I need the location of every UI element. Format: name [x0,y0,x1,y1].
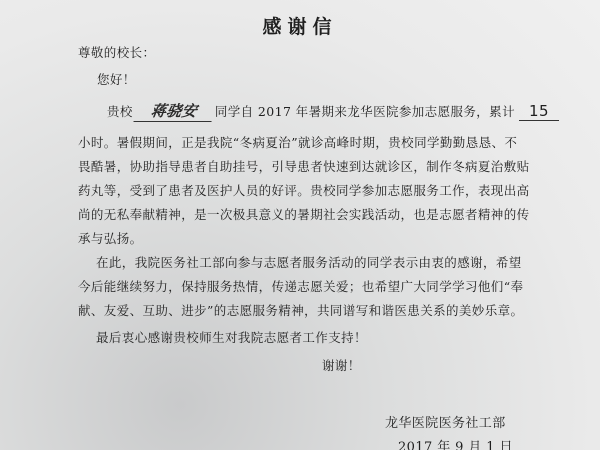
closing: 谢谢！ [322,356,361,374]
opening-line: 贵校蒋骁安同学自 2017 年暑期来龙华医院参加志愿服务，累计15 [107,100,559,122]
letter-title: 感谢信 [0,12,600,39]
thank-you-letter: 感谢信 尊敬的校长： 您好！ 贵校蒋骁安同学自 2017 年暑期来龙华医院参加志… [0,0,600,450]
paragraph3: 最后衷心感谢贵校师生对我院志愿者工作支持！ [96,328,367,346]
paragraph2-line: 献、友爱、互助、进步”的志愿服务精神，共同谱写和谐医患关系的美妙乐章。 [78,301,523,319]
paragraph2-line: 今后能继续努力，保持服务热情，传递志愿关爱；也希望广大同学学习他们“奉 [78,277,523,295]
line1-middle: 同学自 2017 年暑期来龙华医院参加志愿服务，累计 [215,104,515,119]
greeting: 您好！ [97,70,136,88]
line1-prefix: 贵校 [107,104,133,119]
paragraph1-line: 药丸等，受到了患者及医护人员的好评。贵校同学参加志愿服务工作，表现出高 [78,181,530,199]
paragraph1-line: 畏酷暑，协助指导患者自助挂号，引导患者快速到达就诊区，制作冬病夏治敷贴 [78,157,530,175]
paragraph1-line: 小时。暑假期间，正是我院“冬病夏治”就诊高峰时期，贵校同学勤勤恳恳、不 [78,133,517,151]
salutation: 尊敬的校长： [78,43,155,61]
signature-date: 2017 年 9 月 1 日 [398,436,513,450]
handwritten-hours: 15 [519,102,559,121]
signature-organization: 龙华医院医务社工部 [385,412,506,431]
paragraph1-line: 承与弘扬。 [78,229,143,247]
handwritten-student-name: 蒋骁安 [133,100,214,122]
paragraph2-line: 在此，我院医务社工部向参与志愿者服务活动的同学表示由衷的感谢，希望 [96,253,522,271]
paragraph1-line: 尚的无私奉献精神，是一次极具意义的暑期社会实践活动，也是志愿者精神的传 [78,205,530,223]
